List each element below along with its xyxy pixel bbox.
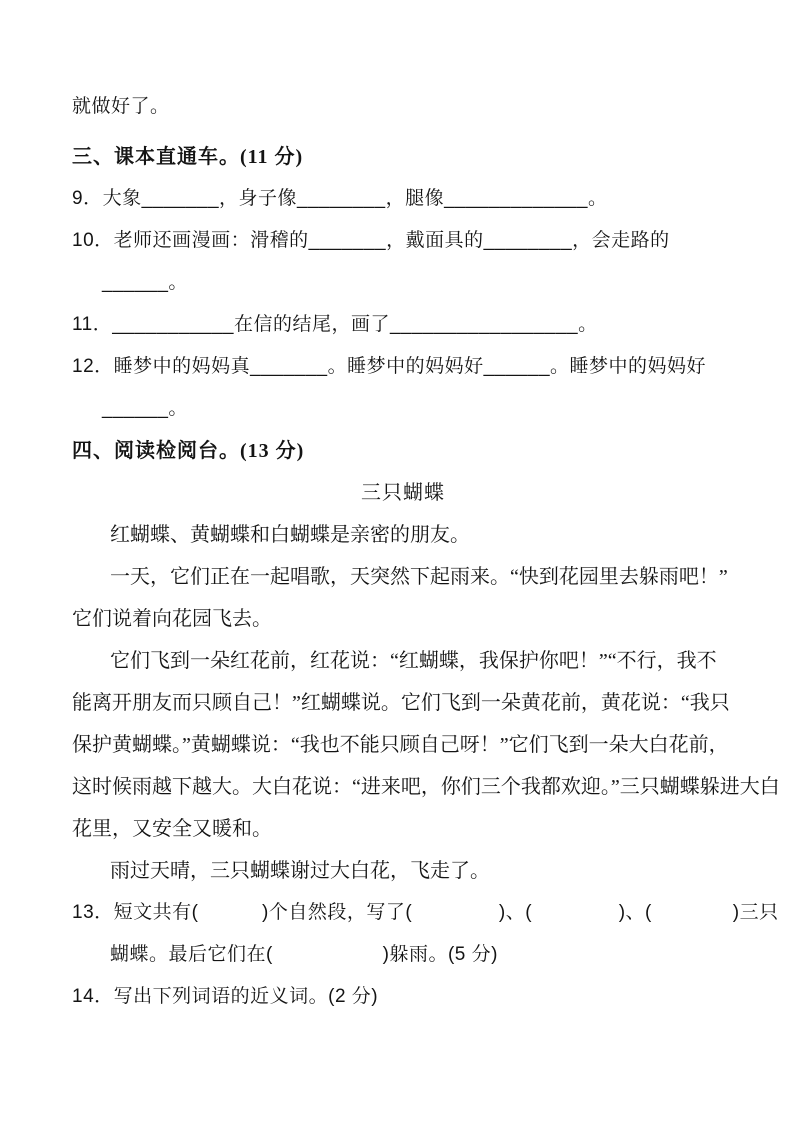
passage-line: 雨过天晴，三只蝴蝶谢过大白花，飞走了。 (72, 850, 734, 892)
section-four-heading: 四、阅读检阅台。(13 分) (72, 430, 734, 472)
passage-line: 这时候雨越下越大。大白花说：“进来吧，你们三个我都欢迎。”三只蝴蝶躲进大白 (72, 766, 734, 808)
intro-line: 就做好了。 (72, 86, 734, 128)
worksheet-page: 就做好了。 三、课本直通车。(11 分) 9．大象_______，身子像____… (0, 0, 793, 1122)
question-12-line-1: 12．睡梦中的妈妈真_______。睡梦中的妈妈好______。睡梦中的妈妈好 (72, 346, 734, 388)
question-12-line-2: ______。 (72, 388, 734, 430)
question-11-line: 11．___________在信的结尾，画了_________________。 (72, 304, 734, 346)
question-9-line: 9．大象_______，身子像________，腿像_____________。 (72, 178, 734, 220)
passage-line: 一天，它们正在一起唱歌，天突然下起雨来。“快到花园里去躲雨吧！” (72, 556, 734, 598)
passage-line: 红蝴蝶、黄蝴蝶和白蝴蝶是亲密的朋友。 (72, 514, 734, 556)
question-13-line-2: 蝴蝶。最后它们在( )躲雨。(5 分) (72, 934, 734, 976)
question-14-line: 14．写出下列词语的近义词。(2 分) (72, 976, 734, 1018)
passage-line: 能离开朋友而只顾自己！”红蝴蝶说。它们飞到一朵黄花前，黄花说：“我只 (72, 682, 734, 724)
section-four-heading-text: 四、阅读检阅台。 (72, 440, 240, 462)
question-10-line-1: 10．老师还画漫画：滑稽的_______，戴面具的________，会走路的 (72, 220, 734, 262)
passage-line: 花里，又安全又暖和。 (72, 808, 734, 850)
passage-line: 它们飞到一朵红花前，红花说：“红蝴蝶，我保护你吧！”“不行，我不 (72, 640, 734, 682)
section-three-score: (11 分) (240, 146, 303, 168)
question-10-line-2: ______。 (72, 262, 734, 304)
passage-line: 它们说着向花园飞去。 (72, 598, 734, 640)
question-13-line-1: 13．短文共有( )个自然段，写了( )、( )、( )三只 (72, 892, 734, 934)
document-body: 就做好了。 三、课本直通车。(11 分) 9．大象_______，身子像____… (72, 86, 734, 1018)
passage-line: 保护黄蝴蝶。”黄蝴蝶说：“我也不能只顾自己呀！”它们飞到一朵大白花前， (72, 724, 734, 766)
passage-title: 三只蝴蝶 (72, 472, 734, 514)
section-three-heading-text: 三、课本直通车。 (72, 146, 240, 168)
section-three-heading: 三、课本直通车。(11 分) (72, 136, 734, 178)
section-four-score: (13 分) (240, 440, 304, 462)
